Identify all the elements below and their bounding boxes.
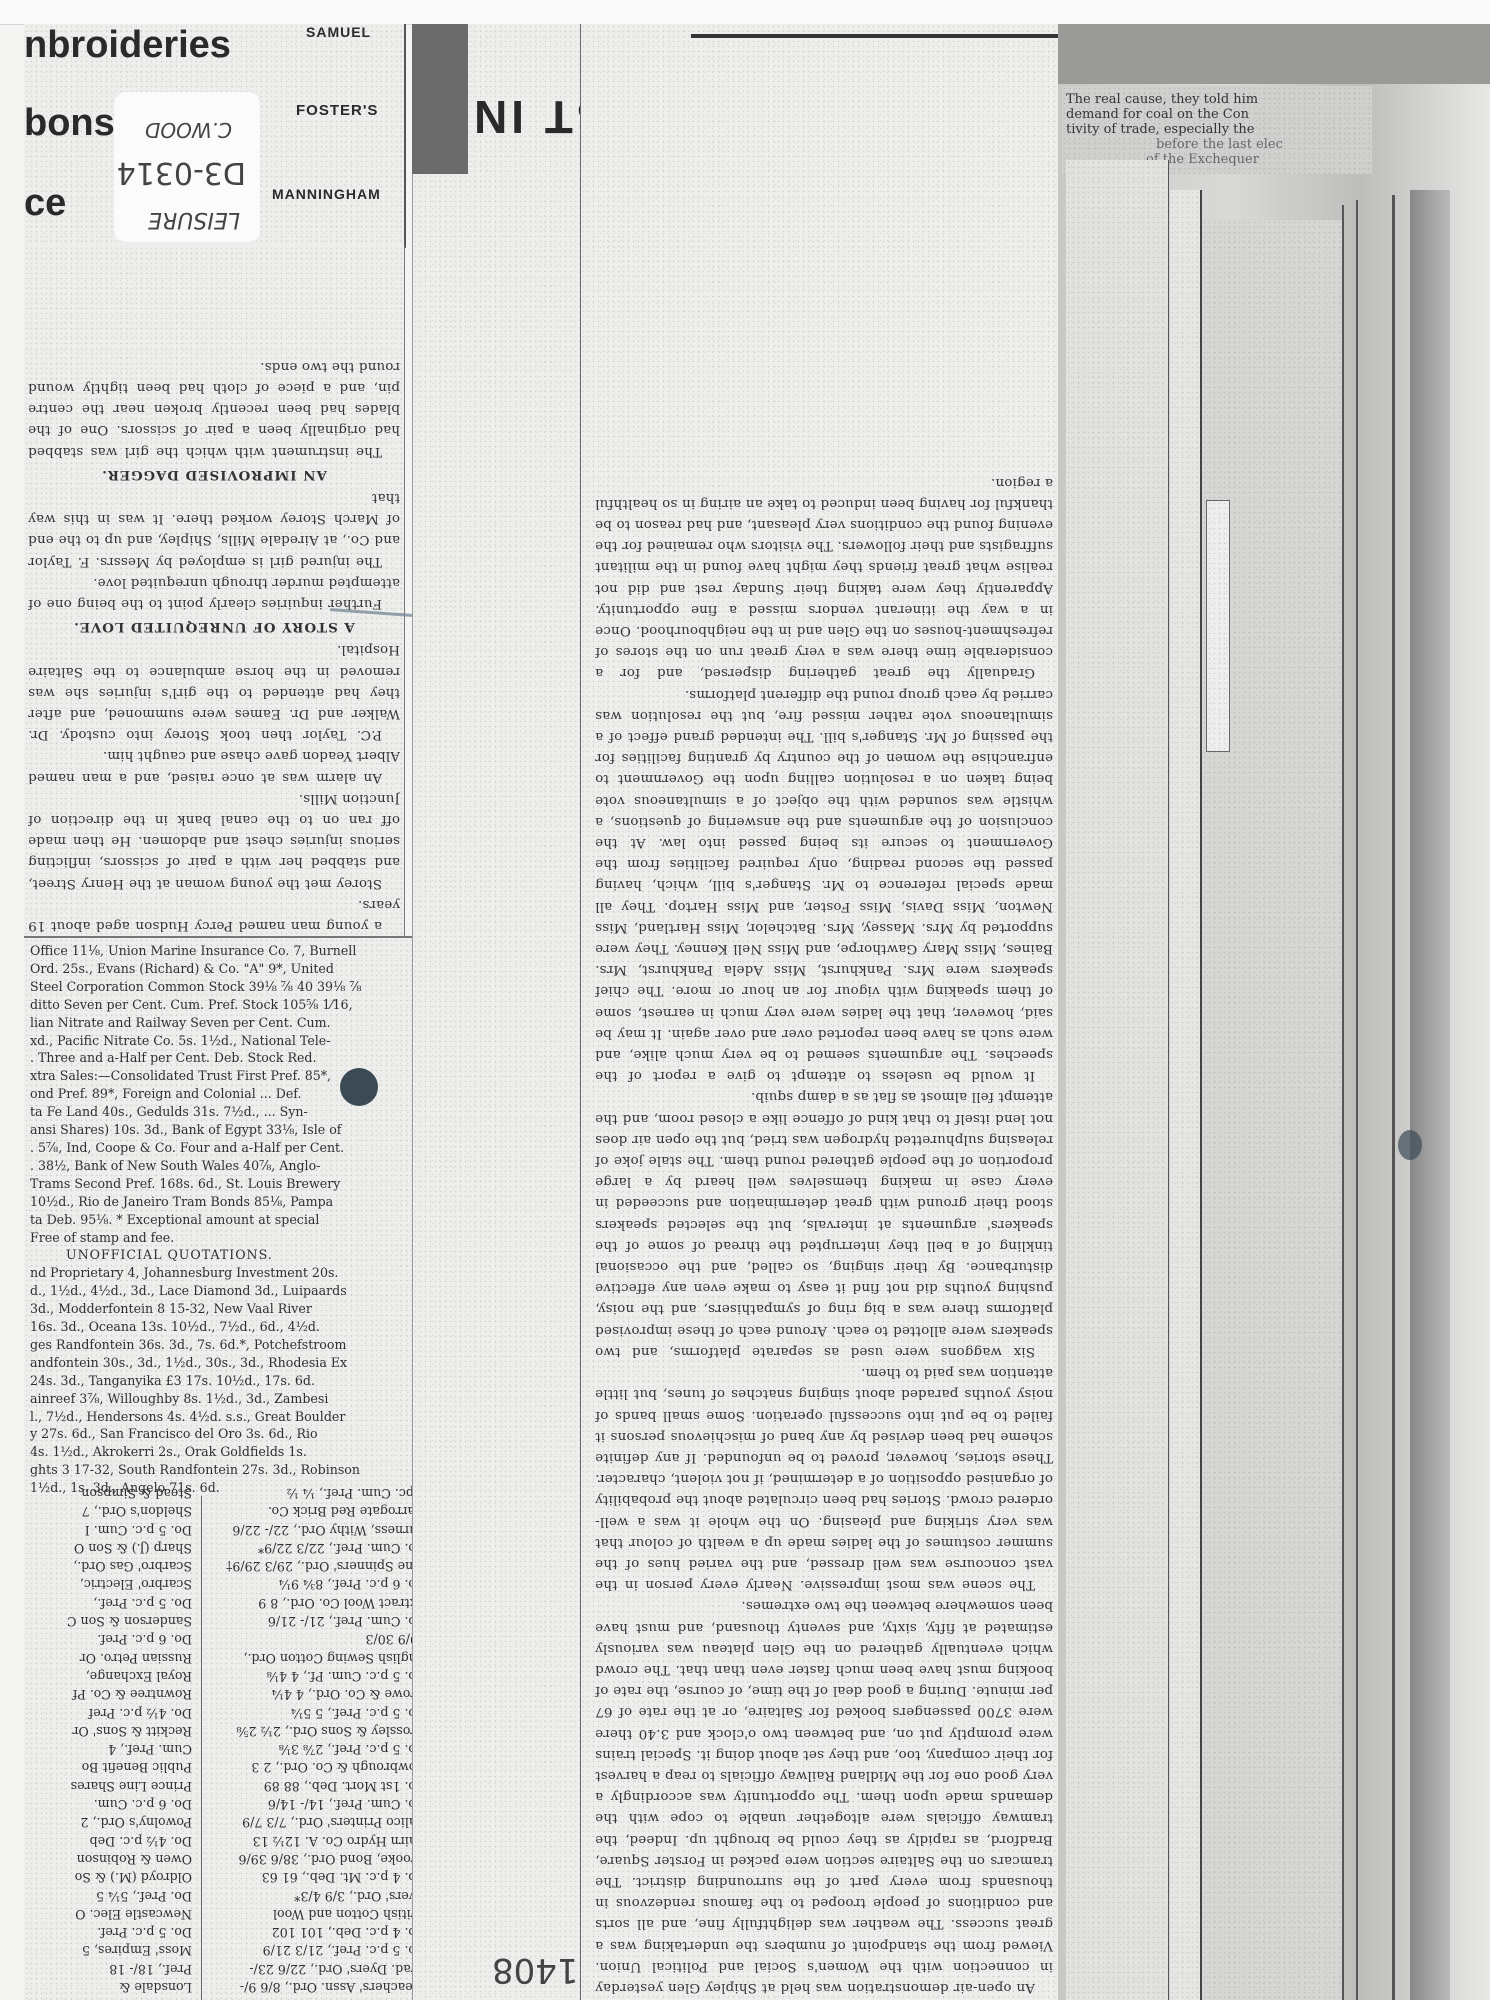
share-line: Do. 6 p.c. Cum. bbox=[28, 1795, 192, 1813]
stock-line: ditto Seven per Cent. Cum. Pref. Stock 1… bbox=[30, 996, 426, 1014]
local-shares-text: Bleachers' Assn. Ord., 8/6 9/- Brad. Dye… bbox=[24, 1496, 432, 2000]
blank-strip bbox=[412, 174, 581, 2000]
share-line: Reckitt & Sons' Or bbox=[28, 1722, 192, 1740]
share-line: Do. 1st Mort. Deb., 88 89 bbox=[206, 1776, 426, 1794]
share-line: Brooke, Bond Ord., 38/6 39/6 bbox=[206, 1850, 426, 1868]
share-line: Scarbro' Electric, bbox=[28, 1575, 192, 1593]
dark-gutter bbox=[412, 24, 468, 174]
narrow-clipping-strip bbox=[1206, 500, 1230, 752]
share-line: Do. 5 p.c. Cum. I bbox=[28, 1520, 192, 1538]
share-line: Crowe & Co. Ord., 4 4¼ bbox=[206, 1685, 426, 1703]
main-article-para: It would be useless to attempt to give a… bbox=[595, 683, 1053, 1086]
share-line: Sharp (J.) & Son O bbox=[28, 1539, 192, 1557]
stock-line: ta Fe Land 40s., Gedulds 31s. 7½d., ... … bbox=[30, 1103, 426, 1121]
stacked-sheet-3 bbox=[1202, 220, 1342, 2000]
main-article-para: An open-air demonstration was held at Sh… bbox=[595, 1595, 1053, 1998]
share-line: Do. 5 p.c. Cum. Pf., 4 4⅛ bbox=[206, 1667, 426, 1685]
share-line: Do. 4½ p.c. Pref bbox=[28, 1703, 192, 1721]
stacked-sheet-2 bbox=[1170, 190, 1202, 2000]
label-line-wood: C.WOOD bbox=[145, 118, 232, 142]
stock-line: Ord. 25s., Evans (Richard) & Co. "A" 9*,… bbox=[30, 960, 426, 978]
left-article-text: a young man named Percy Hudson aged abou… bbox=[28, 246, 400, 936]
left-article-para: P.C. Taylor then took Storey into custod… bbox=[28, 639, 400, 745]
archive-label-card: C.WOOD D3-0314 LEISURE bbox=[114, 92, 260, 242]
share-line: Stead & Simpson bbox=[28, 1484, 192, 1502]
share-line: Do. 4½ p.c. Deb bbox=[28, 1831, 192, 1849]
ink-smudge bbox=[1398, 1130, 1422, 1160]
stock-line: andfontein 30s., 3d., 1½d., 30s., 3d., R… bbox=[30, 1354, 426, 1372]
share-line: Do. 6 p.c. Pref. bbox=[28, 1630, 192, 1648]
share-line: Do. 6 p.c. Pref., 8¾ 9¼ bbox=[206, 1575, 426, 1593]
fragment-line: The real cause, they told him bbox=[1066, 92, 1283, 107]
main-article-para: Six waggons were used as separate platfo… bbox=[595, 1086, 1053, 1362]
stock-line: xd., Pacific Nitrate Co. 5s. 1½d., Natio… bbox=[30, 1032, 426, 1050]
stock-line: d., 1½d., 4½d., 3d., Lace Diamond 3d., L… bbox=[30, 1282, 426, 1300]
share-line: Calico Printers' Ord., 7/3 7/9 bbox=[206, 1813, 426, 1831]
share-line: Cairn Hydro Co. A. 12½ 13 bbox=[206, 1831, 426, 1849]
left-article-para: An alarm was at once raised, and a man n… bbox=[28, 745, 400, 787]
main-article-top-rule bbox=[691, 34, 1059, 38]
share-line: Do. Pref., 5¼ 5 bbox=[28, 1886, 192, 1904]
left-article-para: Further inquiries clearly point to the b… bbox=[28, 572, 400, 614]
left-article-column: a young man named Percy Hudson aged abou… bbox=[24, 246, 405, 936]
stacked-sheet-1 bbox=[1066, 160, 1169, 2000]
stack-top-shadow bbox=[1058, 24, 1490, 84]
share-line: Fine Spinners' Ord., 29/3 29/9† bbox=[206, 1557, 426, 1575]
share-line: Harrogate Red Brick Co. bbox=[206, 1502, 426, 1520]
share-line: Dyers' Ord., 3/9 4/3* bbox=[206, 1886, 426, 1904]
share-line: 6 pc. Cum. Pref., ¼ ½ bbox=[206, 1484, 426, 1502]
label-line-code: D3-0314 bbox=[117, 155, 246, 190]
share-line: Powolny's Ord., 2 bbox=[28, 1813, 192, 1831]
stock-line: Trams Second Pref. 168s. 6d., St. Louis … bbox=[30, 1175, 426, 1193]
fragment-line: tivity of trade, especially the bbox=[1066, 122, 1283, 137]
local-shares-block: Bleachers' Assn. Ord., 8/6 9/- Brad. Dye… bbox=[24, 1496, 434, 2000]
share-line: Newcastle Elec. O bbox=[28, 1905, 192, 1923]
main-article-column: An open-air demonstration was held at Sh… bbox=[580, 24, 1059, 2000]
share-line: Sheldon's Ord., 7 bbox=[28, 1502, 192, 1520]
right-fragment-text: The real cause, they told him demand for… bbox=[1066, 92, 1283, 167]
stock-line: 16s. 3d., Oceana 13s. 10½d., 7½d., 6d., … bbox=[30, 1318, 426, 1336]
left-article-para: Storey met the young woman at the Henry … bbox=[28, 788, 400, 894]
stock-line: lian Nitrate and Railway Seven per Cent.… bbox=[30, 1014, 426, 1032]
stock-line: Steel Corporation Common Stock 39⅛ ⅞ 40 … bbox=[30, 978, 426, 996]
fragment-line: demand for coal on the Con bbox=[1066, 107, 1283, 122]
main-article-para: Gradually the great gathering dispersed,… bbox=[595, 471, 1053, 683]
left-article-heading-dagger: AN IMPROVISED DAGGER. bbox=[28, 464, 400, 485]
share-line: Do. 5 p.c. Pref. bbox=[28, 1923, 192, 1941]
share-line: Oldroyd (M.) & So bbox=[28, 1868, 192, 1886]
stock-line: ta Deb. 95⅛. * Exceptional amount at spe… bbox=[30, 1211, 426, 1229]
advert-headline-1: nbroideries bbox=[24, 24, 231, 67]
share-line: Moss' Empires, 5 bbox=[28, 1941, 192, 1959]
stock-line: 4s. 1½d., Akrokerri 2s., Orak Goldfields… bbox=[30, 1443, 426, 1461]
share-line: Royal Exchange, bbox=[28, 1667, 192, 1685]
share-line: Scarbro' Gas Ord., bbox=[28, 1557, 192, 1575]
stock-line: 24s. 3d., Tanganyika £3 17s. 10½d., 17s.… bbox=[30, 1372, 426, 1390]
share-line: Russian Petro. Or bbox=[28, 1648, 192, 1666]
share-line: Do. 5 p.c. Pref., bbox=[28, 1593, 192, 1611]
share-line: English Sewing Cotton Ord., bbox=[206, 1648, 426, 1666]
stock-line: 10½d., Rio de Janeiro Tram Bonds 85⅛, Pa… bbox=[30, 1193, 426, 1211]
share-line: 29/9 30/3 bbox=[206, 1630, 426, 1648]
advert-headline-3: ce bbox=[24, 182, 66, 225]
stock-line: ansi Shares) 10s. 3d., Bank of Egypt 33⅛… bbox=[30, 1121, 426, 1139]
stock-line: l., 7½d., Hendersons 4s. 4½d. s.s., Grea… bbox=[30, 1408, 426, 1426]
sheet-dark-edge bbox=[1410, 190, 1450, 2000]
stock-line: ainreef 3⅞, Willoughby 8s. 1½d., 3d., Za… bbox=[30, 1390, 426, 1408]
share-line: Extract Wool Co. Ord., 8 9 bbox=[206, 1593, 426, 1611]
share-line: Do. Cum. Pref., 21/- 21/6 bbox=[206, 1612, 426, 1630]
share-line: Do. 5 p.c. Pref., 2⅞ 3⅛ bbox=[206, 1740, 426, 1758]
share-line: Pref., 18/- 18 bbox=[28, 1959, 192, 1977]
shares-column-rule bbox=[201, 1496, 202, 2000]
left-article-para: a young man named Percy Hudson aged abou… bbox=[28, 894, 400, 936]
share-line: Do. Cum. Pref., 22/3 22/9* bbox=[206, 1539, 426, 1557]
label-line-leisure: LEISURE bbox=[148, 207, 240, 232]
ink-blot bbox=[340, 1068, 378, 1106]
left-article-para: The injured girl is employed by Messrs. … bbox=[28, 487, 400, 572]
advert-name-samuel: SAMUEL bbox=[306, 24, 371, 40]
stock-line: y 27s. 6d., San Francisco del Oro 3s. 6d… bbox=[30, 1425, 426, 1443]
stock-line: nd Proprietary 4, Johannesburg Investmen… bbox=[30, 1264, 426, 1282]
stock-line: ghts 3 17-32, South Randfontein 27s. 3d.… bbox=[30, 1461, 426, 1479]
share-line: British Cotton and Wool bbox=[206, 1905, 426, 1923]
main-article-para: The scene was most impressive. Nearly ev… bbox=[595, 1362, 1053, 1595]
left-article-para: The instrument with which the girl was s… bbox=[28, 356, 400, 462]
share-line: Do. 5 p.c. Pref., 5 5¼ bbox=[206, 1703, 426, 1721]
share-line: Lonsdale & bbox=[28, 1978, 192, 1996]
share-line: Do. Cum. Pref., 14/- 14/6 bbox=[206, 1795, 426, 1813]
local-shares-col-b: Lonsdale & Pref., 18/- 18 Moss' Empires,… bbox=[28, 1484, 192, 1996]
stock-line: . 38½, Bank of New South Wales 40⅞, Angl… bbox=[30, 1157, 426, 1175]
advert-name-fosters: FOSTER'S bbox=[296, 102, 378, 119]
share-line: Rowntree & Co. Pf bbox=[28, 1685, 192, 1703]
share-line: Do. 5 p.c. Pref., 21/3 21/9 bbox=[206, 1941, 426, 1959]
handwritten-page-number: 1408 bbox=[492, 1950, 579, 1990]
stock-line: . Three and a-Half per Cent. Deb. Stock … bbox=[30, 1049, 426, 1067]
sheet-edge bbox=[1392, 195, 1411, 2000]
share-line: Sanderson & Son C bbox=[28, 1612, 192, 1630]
stock-report-block: Office 11⅛, Union Marine Insurance Co. 7… bbox=[24, 936, 434, 1498]
local-shares-col-a: Bleachers' Assn. Ord., 8/6 9/- Brad. Dye… bbox=[206, 1484, 426, 1996]
share-line: Cowbrough & Co. Ord., 2 3 bbox=[206, 1758, 426, 1776]
main-article-text: An open-air demonstration was held at Sh… bbox=[595, 48, 1053, 1998]
left-article-heading-unrequited: A STORY OF UNREQUITED LOVE. bbox=[28, 616, 400, 637]
share-line: Prince Line Shares bbox=[28, 1776, 192, 1794]
share-line: Owen & Robinson bbox=[28, 1850, 192, 1868]
share-line: Crossley & Sons Ord., 2½ 2⅝ bbox=[206, 1722, 426, 1740]
share-line: Cum. Pref., 4 bbox=[28, 1740, 192, 1758]
share-line: Furness, Withy Ord., 22/- 22/6 bbox=[206, 1520, 426, 1538]
share-line: Do. 4 p.c. Deb., 101 102 bbox=[206, 1923, 426, 1941]
stock-line: . 5⅞, Ind, Coope & Co. Four and a-Half p… bbox=[30, 1139, 426, 1157]
stock-line: Office 11⅛, Union Marine Insurance Co. 7… bbox=[30, 942, 426, 960]
advert-name-manningham: MANNINGHAM bbox=[272, 186, 381, 202]
share-line: Public Benefit Bo bbox=[28, 1758, 192, 1776]
sheet-edge bbox=[1356, 200, 1372, 2000]
share-line: Do. 4 p.c. Mt. Deb., 61 63 bbox=[206, 1868, 426, 1886]
share-line: Bleachers' Assn. Ord., 8/6 9/- bbox=[206, 1978, 426, 1996]
stock-line: 3d., Modderfontein 8 15-32, New Vaal Riv… bbox=[30, 1300, 426, 1318]
unofficial-quotations-heading: UNOFFICIAL QUOTATIONS. bbox=[30, 1246, 426, 1264]
fragment-line: before the last elec bbox=[1066, 137, 1283, 152]
advert-headline-2: bons bbox=[24, 102, 115, 145]
share-line: Brad. Dyers' Ord., 22/6 23/- bbox=[206, 1959, 426, 1977]
stock-line: ges Randfontein 36s. 3d., 7s. 6d.*, Potc… bbox=[30, 1336, 426, 1354]
scan-top-shadow bbox=[0, 0, 1490, 25]
stock-line: Free of stamp and fee. bbox=[30, 1229, 426, 1247]
